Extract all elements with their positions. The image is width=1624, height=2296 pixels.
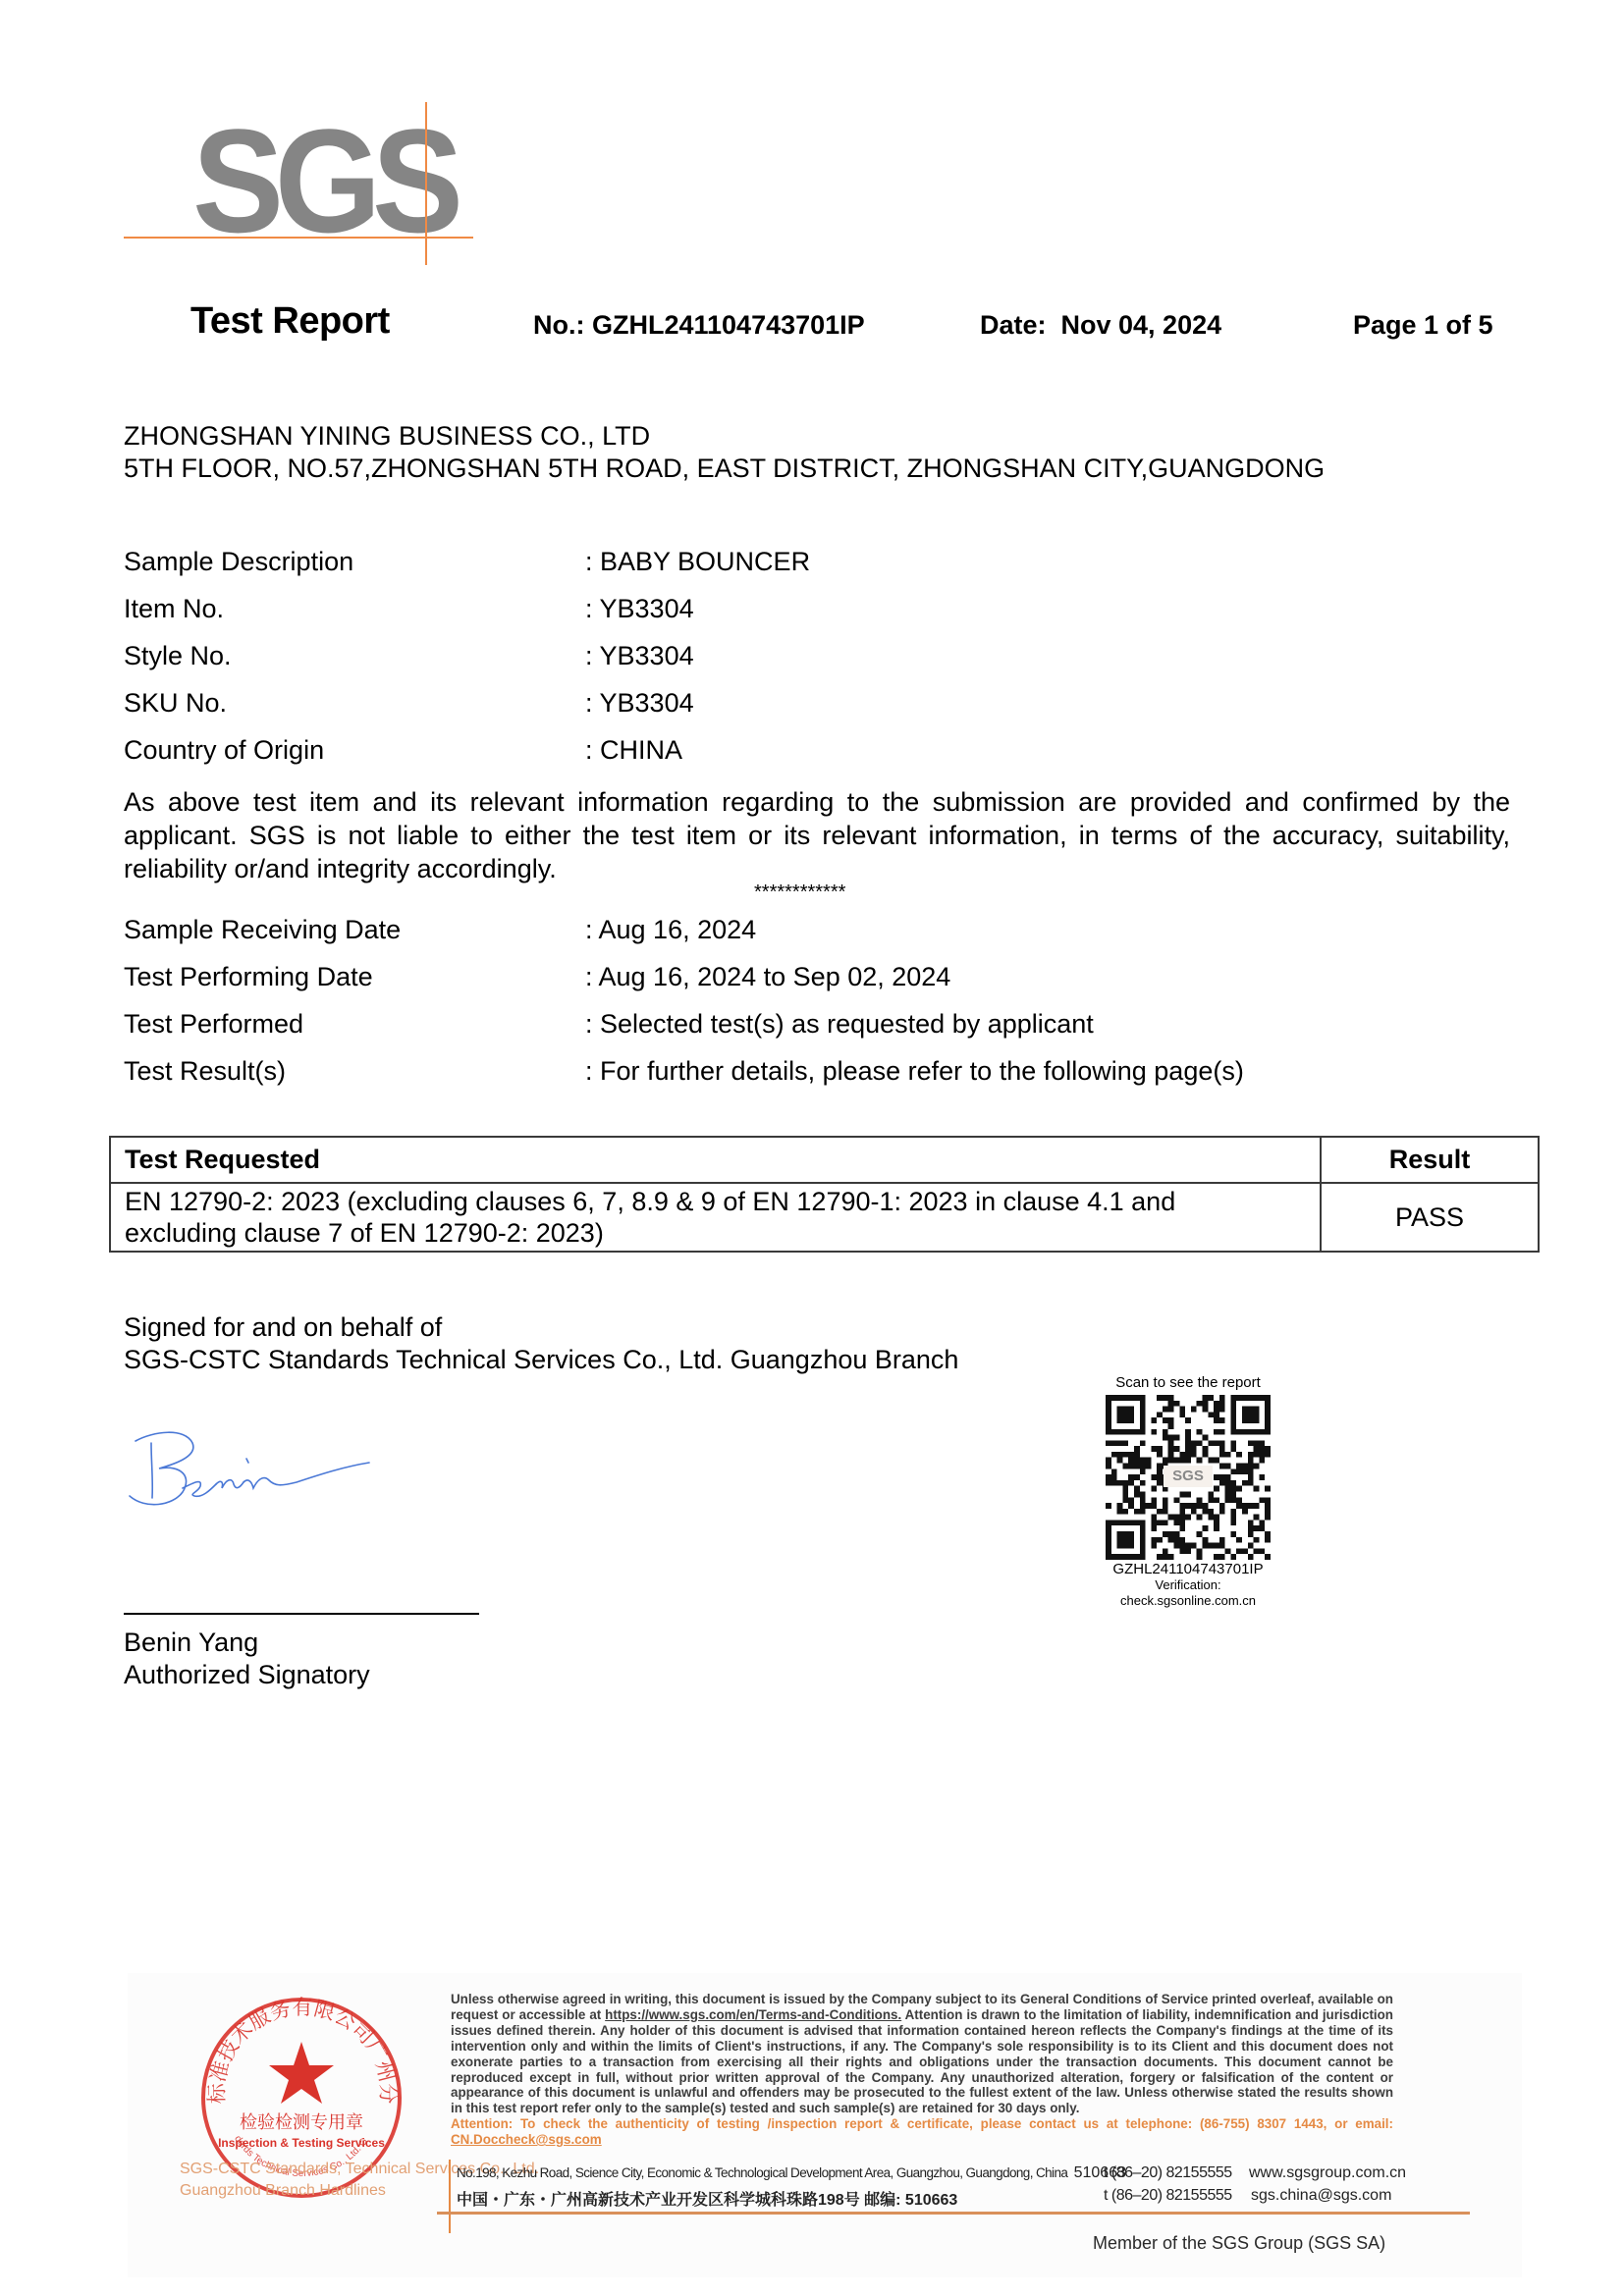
results-table-header: Test Requested Result — [110, 1137, 1539, 1183]
field-value-sample-description: : BABY BOUNCER — [585, 546, 810, 578]
footer-website-link[interactable]: www.sgsgroup.com.cn — [1249, 2164, 1406, 2182]
signed-for-company: SGS-CSTC Standards Technical Services Co… — [124, 1344, 958, 1376]
terms-and-conditions: Unless otherwise agreed in writing, this… — [451, 1992, 1393, 2148]
qr-caption: Scan to see the report — [1090, 1374, 1286, 1392]
footer-vertical-rule — [449, 2160, 451, 2233]
test-requested-line-1: EN 12790-2: 2023 (excluding clauses 6, 7… — [125, 1186, 1306, 1217]
qr-report-id: GZHL241104743701IP — [1090, 1561, 1286, 1577]
address-en-text: No.198, Kezhu Road, Science City, Econom… — [457, 2165, 1067, 2180]
field-label-test-results: Test Result(s) — [124, 1055, 286, 1088]
applicant-name: ZHONGSHAN YINING BUSINESS CO., LTD — [124, 420, 1325, 453]
signed-for-block: Signed for and on behalf of SGS-CSTC Sta… — [124, 1311, 958, 1376]
field-label-sku-no: SKU No. — [124, 687, 227, 720]
signatory-name: Benin Yang — [124, 1627, 370, 1659]
footer-address-cn: 中国・广东・广州高新技术产业开发区科学城科珠路198号 邮编: 510663 — [457, 2187, 957, 2210]
signatory-title: Authorized Signatory — [124, 1659, 370, 1691]
logo-horizontal-rule — [124, 237, 473, 239]
footer-telephone-1: t (86–20) 82155555 — [1104, 2164, 1232, 2182]
doccheck-email-link[interactable]: CN.Doccheck@sgs.com — [451, 2132, 602, 2147]
report-number: No.: GZHL241104743701IP — [533, 310, 865, 341]
separator-stars: ************ — [754, 881, 845, 904]
signatory-block: Benin Yang Authorized Signatory — [124, 1627, 370, 1691]
disclaimer-paragraph: As above test item and its relevant info… — [124, 785, 1510, 885]
test-requested-cell: EN 12790-2: 2023 (excluding clauses 6, 7… — [110, 1183, 1321, 1252]
field-value-sample-receiving-date: : Aug 16, 2024 — [585, 914, 756, 946]
qr-center-label: SGS — [1164, 1466, 1213, 1487]
qr-verification-site: check.sgsonline.com.cn — [1090, 1593, 1286, 1609]
field-label-item-no: Item No. — [124, 593, 224, 625]
applicant-block: ZHONGSHAN YINING BUSINESS CO., LTD 5TH F… — [124, 420, 1325, 485]
sgs-logo: SGS — [124, 102, 477, 269]
page-indicator: Page 1 of 5 — [1353, 310, 1493, 341]
authenticity-attention: Attention: To check the authenticity of … — [451, 2116, 1393, 2147]
field-label-country-of-origin: Country of Origin — [124, 734, 324, 767]
field-label-sample-description: Sample Description — [124, 546, 353, 578]
field-value-item-no: : YB3304 — [585, 593, 694, 625]
attention-text: Attention: To check the authenticity of … — [451, 2116, 1393, 2131]
table-row: EN 12790-2: 2023 (excluding clauses 6, 7… — [110, 1183, 1539, 1252]
qr-code[interactable]: SGS — [1106, 1395, 1271, 1560]
field-label-sample-receiving-date: Sample Receiving Date — [124, 914, 401, 946]
sgs-logo-text: SGS — [192, 107, 455, 254]
footer-horizontal-rule — [437, 2212, 1470, 2215]
svg-text:检验检测专用章: 检验检测专用章 — [240, 2112, 363, 2133]
field-value-test-performed: : Selected test(s) as requested by appli… — [585, 1008, 1094, 1041]
field-value-test-performing-date: : Aug 16, 2024 to Sep 02, 2024 — [585, 961, 950, 993]
applicant-address: 5TH FLOOR, NO.57,ZHONGSHAN 5TH ROAD, EAS… — [124, 453, 1325, 485]
qr-verification-label: Verification: — [1090, 1577, 1286, 1593]
report-title: Test Report — [190, 300, 390, 343]
field-value-style-no: : YB3304 — [585, 640, 694, 672]
signature-line — [124, 1613, 479, 1615]
field-value-test-results: : For further details, please refer to t… — [585, 1055, 1244, 1088]
field-value-country-of-origin: : CHINA — [585, 734, 682, 767]
terms-text-2: Attention is drawn to the limitation of … — [451, 2007, 1393, 2115]
field-label-style-no: Style No. — [124, 640, 232, 672]
signed-for-line-1: Signed for and on behalf of — [124, 1311, 958, 1344]
handwritten-signature-icon — [124, 1423, 379, 1531]
field-label-test-performed: Test Performed — [124, 1008, 303, 1041]
footer-email-link[interactable]: sgs.china@sgs.com — [1251, 2187, 1391, 2205]
footer-telephone-2: t (86–20) 82155555 — [1104, 2187, 1232, 2205]
results-table: Test Requested Result EN 12790-2: 2023 (… — [109, 1136, 1540, 1253]
field-label-test-performing-date: Test Performing Date — [124, 961, 373, 993]
field-value-sku-no: : YB3304 — [585, 687, 694, 720]
column-header-test-requested: Test Requested — [110, 1137, 1321, 1183]
column-header-result: Result — [1321, 1137, 1539, 1183]
test-requested-line-2: excluding clause 7 of EN 12790-2: 2023) — [125, 1217, 1306, 1249]
sgs-group-membership: Member of the SGS Group (SGS SA) — [1093, 2233, 1385, 2254]
logo-vertical-rule — [425, 102, 427, 265]
report-date: Date: Nov 04, 2024 — [980, 310, 1221, 341]
qr-verification-block: Scan to see the report SGS GZHL241104743… — [1090, 1374, 1286, 1609]
footer-address-en: No.198, Kezhu Road, Science City, Econom… — [457, 2164, 1126, 2182]
terms-link[interactable]: https://www.sgs.com/en/Terms-and-Conditi… — [605, 2007, 901, 2022]
result-cell: PASS — [1321, 1183, 1539, 1252]
